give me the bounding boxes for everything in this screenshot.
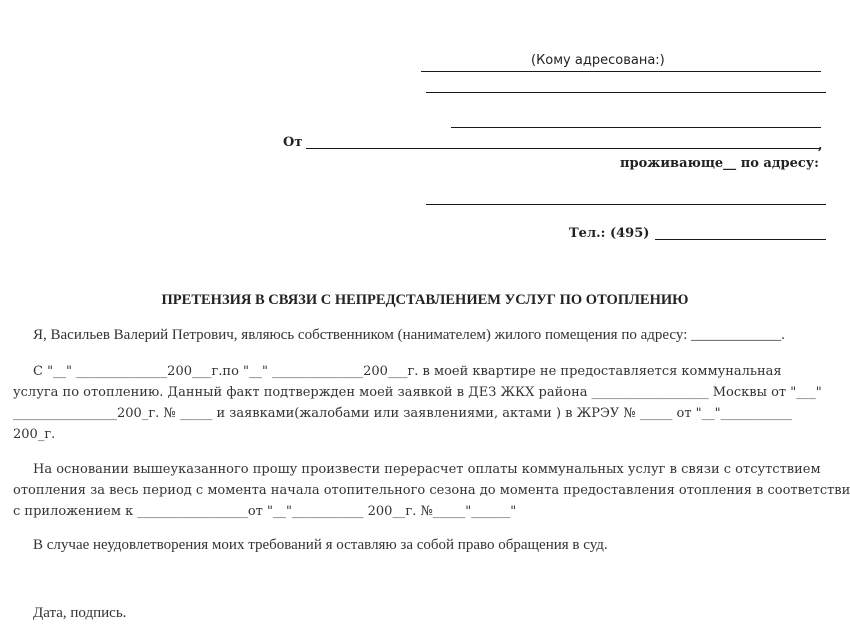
document-title: ПРЕТЕНЗИЯ В СВЯЗИ С НЕПРЕДСТАВЛЕНИЕМ УСЛ…: [0, 292, 850, 309]
paragraph-court-notice: В случае неудовлетворения моих требовани…: [33, 537, 608, 554]
paragraph-line: На основании вышеуказанного прошу произв…: [13, 459, 850, 480]
addressee-label: (Кому адресована:): [531, 53, 665, 68]
addressee-line-2[interactable]: [426, 92, 826, 93]
paragraph-line: отопления за весь период с момента начал…: [13, 480, 850, 501]
paragraph-line: ________________200_г. № _____ и заявкам…: [13, 403, 822, 424]
date-signature: Дата, подпись.: [33, 605, 126, 622]
residing-label: проживающе__ по адресу:: [620, 156, 819, 171]
addressee-line-1[interactable]: [421, 71, 821, 72]
paragraph-recalculation-request: На основании вышеуказанного прошу произв…: [13, 459, 850, 522]
phone-label: Тел.: (495): [569, 226, 649, 241]
from-comma: ,: [818, 138, 823, 153]
from-label: От: [283, 135, 302, 150]
from-name-line[interactable]: [306, 148, 820, 149]
paragraph-line: с приложением к _________________от "__"…: [13, 501, 850, 522]
paragraph-line: услуга по отоплению. Данный факт подтвер…: [13, 382, 822, 403]
address-line[interactable]: [426, 204, 826, 205]
addressee-line-3[interactable]: [451, 127, 821, 128]
paragraph-line: 200_г.: [13, 424, 822, 445]
intro-paragraph: Я, Васильев Валерий Петрович, являюсь со…: [33, 327, 785, 344]
paragraph-line: С "__" ______________200___г.по "__" ___…: [13, 361, 822, 382]
paragraph-heating-outage: С "__" ______________200___г.по "__" ___…: [13, 361, 822, 445]
phone-line[interactable]: [655, 239, 826, 240]
